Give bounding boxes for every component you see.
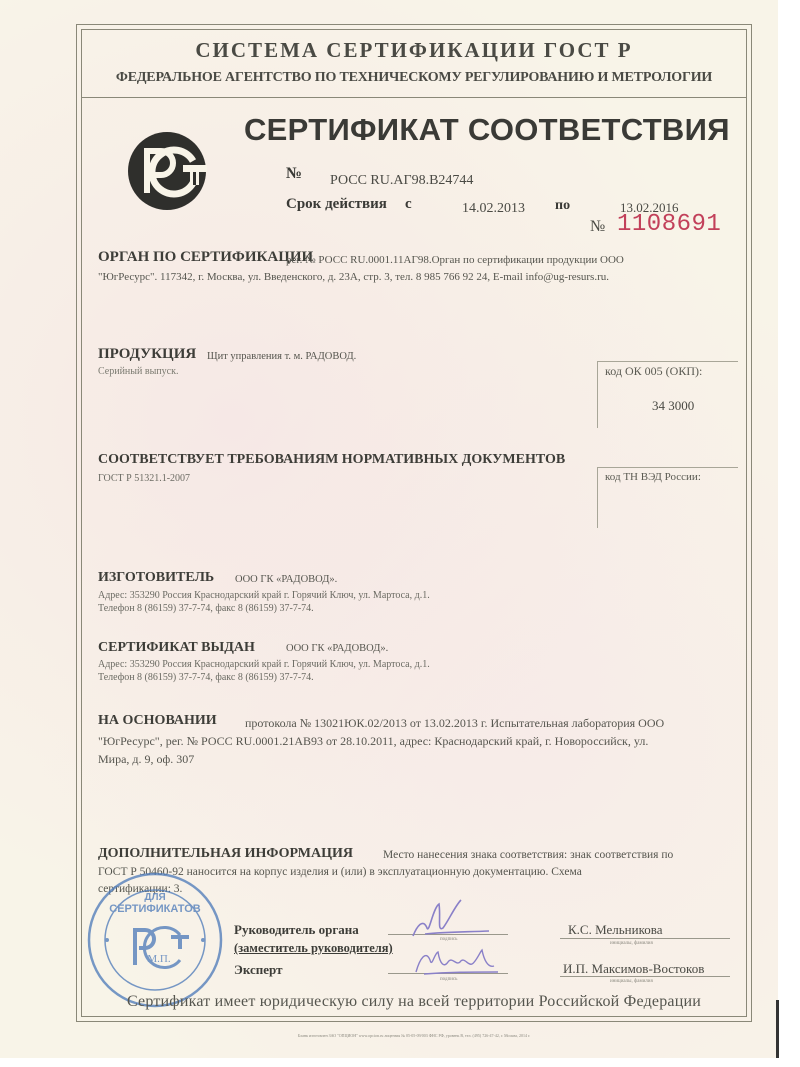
basis-line3: Мира, д. 9, оф. 307	[98, 752, 194, 767]
blank-number-sign: №	[590, 218, 605, 236]
deputy-role: (заместитель руководителя)	[234, 941, 393, 956]
stamp-mp-text: М.П.	[147, 953, 170, 965]
okp-code-label: код ОК 005 (ОКП):	[605, 364, 702, 379]
gost-r-logo-icon	[127, 131, 207, 211]
issued-to-name: ООО ГК «РАДОВОД».	[286, 643, 388, 654]
validity-to-label: по	[555, 198, 570, 214]
stamp-middle-text: СЕРТИФИКАТОВ	[109, 903, 201, 915]
legal-validity-statement: Сертификат имеет юридическую силу на все…	[81, 993, 747, 1011]
paper-edge-shadow	[776, 1000, 779, 1058]
head-signature-icon	[405, 898, 495, 940]
valid-from-date: 14.02.2013	[462, 201, 525, 217]
expert-role: Эксперт	[234, 962, 282, 978]
product-note: Серийный выпуск.	[98, 366, 178, 377]
issued-to-label: СЕРТИФИКАТ ВЫДАН	[98, 640, 255, 656]
validity-label: Срок действия	[286, 196, 387, 213]
additional-info-line1: Место нанесения знака соответствия: знак…	[383, 849, 673, 861]
issued-to-phone: Телефон 8 (86159) 37-7-74, факс 8 (86159…	[98, 672, 314, 683]
official-stamp-icon: ДЛЯ СЕРТИФИКАТОВ М.П.	[85, 870, 225, 1010]
number-sign: №	[286, 165, 302, 183]
printer-imprint: Бланк изготовлен ЗАО "ОПЦИОН" www.opcion…	[81, 1033, 747, 1038]
certification-body-label: ОРГАН ПО СЕРТИФИКАЦИИ	[98, 249, 313, 266]
stamp-top-text: ДЛЯ	[144, 892, 165, 903]
basis-line2: "ЮгРесурс", рег. № РОСС RU.0001.21АВ93 о…	[98, 734, 648, 749]
expert-name-caption: инициалы, фамилия	[610, 979, 653, 984]
blank-serial-number: 1108691	[617, 211, 721, 238]
head-of-body-role: Руководитель органа	[234, 922, 359, 938]
certification-body-line1: рег. № РОСС RU.0001.11АГ98.Орган по серт…	[286, 254, 624, 266]
certification-system-title: СИСТЕМА СЕРТИФИКАЦИИ ГОСТ Р	[81, 38, 747, 63]
okp-code-value: 34 3000	[652, 398, 694, 414]
basis-label: НА ОСНОВАНИИ	[98, 713, 217, 729]
manufacturer-label: ИЗГОТОВИТЕЛЬ	[98, 570, 214, 586]
product-name: Щит управления т. м. РАДОВОД.	[207, 351, 356, 362]
expert-signature-icon	[410, 944, 505, 978]
certificate-title: СЕРТИФИКАТ СООТВЕТСТВИЯ	[244, 112, 730, 148]
header-divider	[81, 97, 747, 98]
manufacturer-name: ООО ГК «РАДОВОД».	[235, 574, 337, 585]
additional-info-label: ДОПОЛНИТЕЛЬНАЯ ИНФОРМАЦИЯ	[98, 846, 353, 862]
compliance-label: СООТВЕТСТВУЕТ ТРЕБОВАНИЯМ НОРМАТИВНЫХ ДО…	[98, 452, 565, 468]
head-name: К.С. Мельникова	[568, 922, 662, 938]
head-name-caption: инициалы, фамилия	[610, 941, 653, 946]
basis-line1: протокола № 13021ЮК.02/2013 от 13.02.201…	[245, 716, 664, 731]
tnved-code-label: код ТН ВЭД России:	[605, 471, 701, 483]
manufacturer-phone: Телефон 8 (86159) 37-7-74, факс 8 (86159…	[98, 603, 314, 614]
certification-body-line2: "ЮгРесурс". 117342, г. Москва, ул. Введе…	[98, 271, 609, 283]
manufacturer-address: Адрес: 353290 Россия Краснодарский край …	[98, 590, 430, 601]
agency-name: ФЕДЕРАЛЬНОЕ АГЕНТСТВО ПО ТЕХНИЧЕСКОМУ РЕ…	[81, 70, 747, 86]
validity-from-label: с	[405, 196, 412, 213]
expert-name: И.П. Максимов-Востоков	[563, 961, 704, 977]
compliance-standard: ГОСТ Р 51321.1-2007	[98, 473, 190, 484]
product-label: ПРОДУКЦИЯ	[98, 346, 196, 363]
issued-to-address: Адрес: 353290 Россия Краснодарский край …	[98, 659, 430, 670]
certificate-number: РОСС RU.АГ98.В24744	[330, 173, 473, 189]
head-name-line	[560, 938, 730, 939]
